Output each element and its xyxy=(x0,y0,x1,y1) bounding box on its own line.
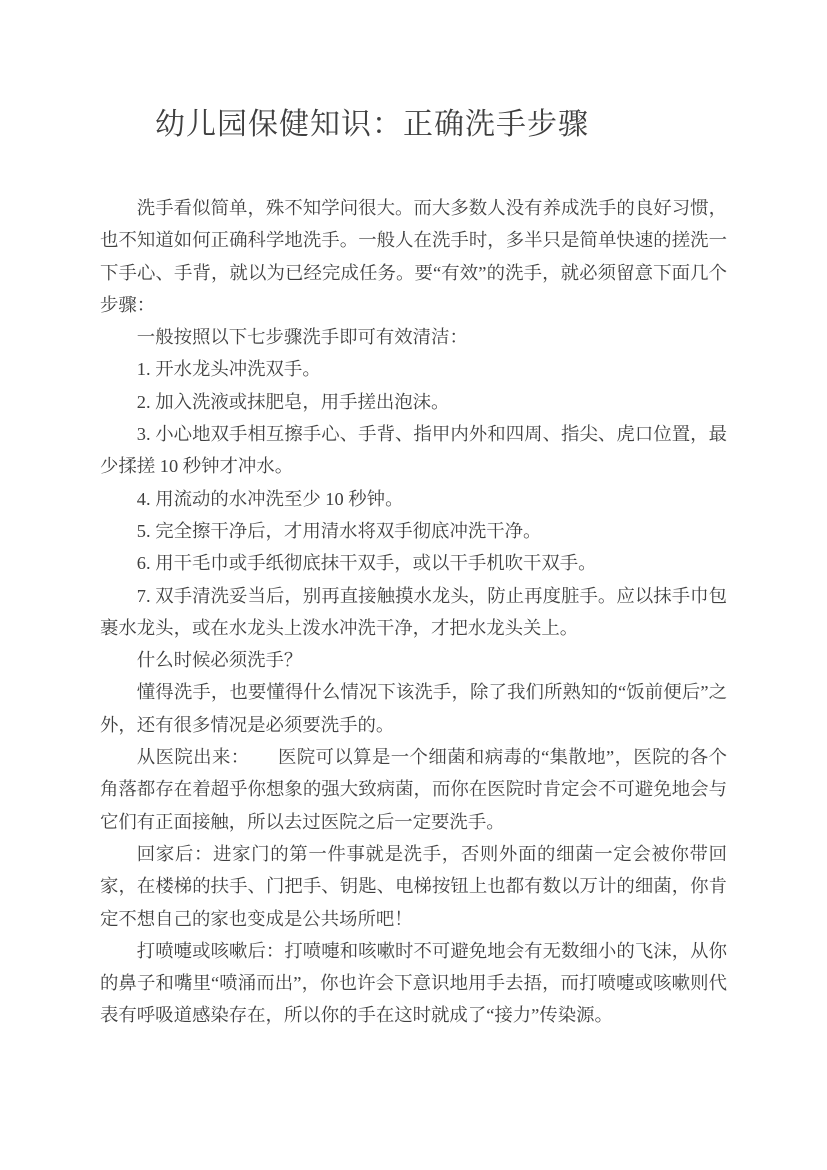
hospital-paragraph: 从医院出来： 医院可以算是一个细菌和病毒的“集散地”，医院的各个角落都存在着超乎… xyxy=(100,741,727,838)
step-2-paragraph: 2. 加入洗液或抹肥皂，用手搓出泡沫。 xyxy=(100,386,727,418)
document-body: 洗手看似简单，殊不知学问很大。而大多数人没有养成洗手的良好习惯，也不知道如何正确… xyxy=(100,192,727,1032)
intro-paragraph: 洗手看似简单，殊不知学问很大。而大多数人没有养成洗手的良好习惯，也不知道如何正确… xyxy=(100,192,727,321)
step-1-paragraph: 1. 开水龙头冲洗双手。 xyxy=(100,353,727,385)
step-6-paragraph: 6. 用干毛巾或手纸彻底抹干双手，或以干手机吹干双手。 xyxy=(100,547,727,579)
when-to-wash-intro-paragraph: 懂得洗手，也要懂得什么情况下该洗手，除了我们所熟知的“饭前便后”之外，还有很多情… xyxy=(100,676,727,741)
document-page: 幼儿园保健知识：正确洗手步骤 洗手看似简单，殊不知学问很大。而大多数人没有养成洗… xyxy=(0,0,827,1170)
document-title: 幼儿园保健知识：正确洗手步骤 xyxy=(100,106,727,144)
when-to-wash-question: 什么时候必须洗手？ xyxy=(100,644,727,676)
step-5-paragraph: 5. 完全擦干净后，才用清水将双手彻底冲洗干净。 xyxy=(100,515,727,547)
sneeze-paragraph: 打喷嚏或咳嗽后：打喷嚏和咳嗽时不可避免地会有无数细小的飞沫，从你的鼻子和嘴里“喷… xyxy=(100,935,727,1032)
home-paragraph: 回家后：进家门的第一件事就是洗手，否则外面的细菌一定会被你带回家，在楼梯的扶手、… xyxy=(100,838,727,935)
step-7-paragraph: 7. 双手清洗妥当后，别再直接触摸水龙头，防止再度脏手。应以抹手巾包裹水龙头，或… xyxy=(100,580,727,645)
steps-intro-paragraph: 一般按照以下七步骤洗手即可有效清洁： xyxy=(100,321,727,353)
step-3-paragraph: 3. 小心地双手相互擦手心、手背、指甲内外和四周、指尖、虎口位置，最少揉搓 10… xyxy=(100,418,727,483)
step-4-paragraph: 4. 用流动的水冲洗至少 10 秒钟。 xyxy=(100,483,727,515)
